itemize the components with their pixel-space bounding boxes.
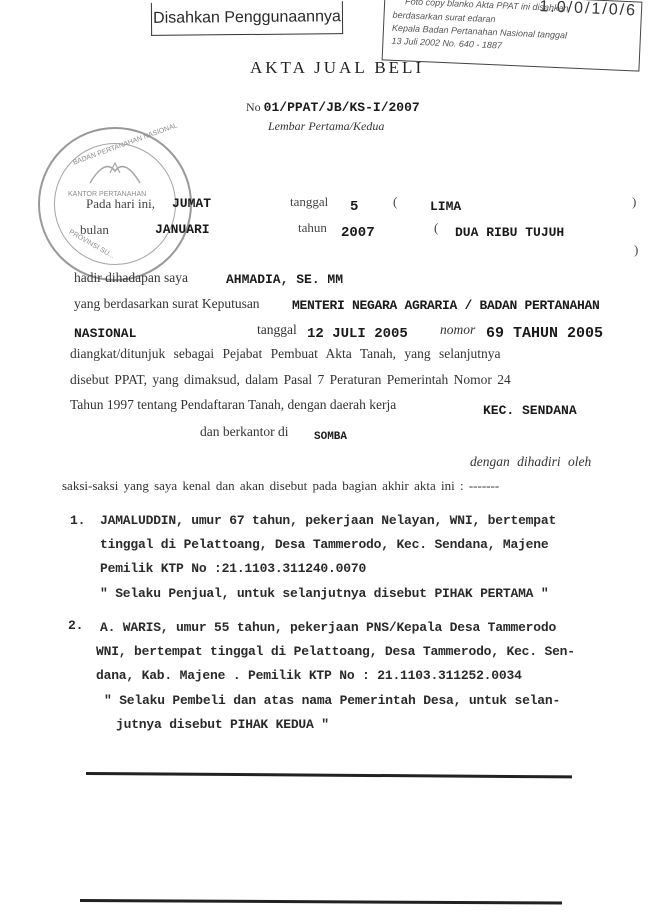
- approval-stamp-label: Disahkan Penggunaannya: [153, 8, 341, 28]
- decree-no-value: 69 TAHUN 2005: [486, 325, 603, 342]
- party-1-line-3: Pemilik KTP No :21.1103.311240.0070: [100, 561, 366, 576]
- official-name: AHMADIA, SE. MM: [226, 272, 343, 287]
- party-2-line-3: dana, Kab. Majene . Pemilik KTP No : 21.…: [96, 668, 522, 683]
- decree-value-2: NASIONAL: [74, 326, 136, 341]
- document-title: AKTA JUAL BELI: [250, 58, 424, 78]
- work-area: KEC. SENDANA: [483, 403, 577, 418]
- year-words: DUA RIBU TUJUH: [455, 225, 564, 240]
- party-1-number: 1.: [70, 513, 85, 528]
- stamp-line-2: berdasarkan surat edaran: [392, 10, 495, 24]
- witness-intro-2: saksi-saksi yang saya kenal dan akan dis…: [62, 478, 499, 494]
- party-2-number: 2.: [68, 618, 83, 633]
- party-2-line-4: " Selaku Pembeli dan atas nama Pemerinta…: [104, 693, 560, 708]
- appointment-line-2: disebut PPAT, yang dimaksud, dalam Pasal…: [70, 372, 511, 388]
- sheet-label: Lembar Pertama/Kedua: [268, 119, 384, 134]
- separator-line-1: [86, 772, 572, 778]
- close-paren-1: ): [632, 194, 636, 210]
- decree-value-1: MENTERI NEGARA AGRARIA / BADAN PERTANAHA…: [292, 298, 600, 313]
- party-1-line-1: JAMALUDDIN, umur 67 tahun, pekerjaan Nel…: [100, 513, 556, 528]
- day-label: Pada hari ini,: [86, 196, 155, 212]
- stamp-line-4: 13 Juli 2002 No. 640 - 1887: [391, 36, 502, 51]
- month-label: bulan: [80, 222, 109, 238]
- decree-date-value: 12 JULI 2005: [307, 326, 408, 342]
- party-2-line-2: WNI, bertempat tinggal di Pelattoang, De…: [96, 644, 575, 659]
- decree-date-label: tanggal: [257, 322, 297, 338]
- party-1-line-4: " Selaku Penjual, untuk selanjutnya dise…: [100, 586, 548, 601]
- open-paren-2: (: [434, 220, 438, 236]
- witness-intro-1: dengan dihadiri oleh: [470, 454, 591, 470]
- date-label: tanggal: [290, 194, 328, 210]
- separator-line-2: [80, 899, 562, 904]
- month-value: JANUARI: [155, 222, 210, 237]
- close-paren-2: ): [634, 242, 638, 258]
- party-2-line-1: A. WARIS, umur 55 tahun, pekerjaan PNS/K…: [100, 620, 556, 635]
- approval-stamp: Disahkan Penggunaannya: [151, 1, 343, 36]
- year-value: 2007: [341, 225, 375, 241]
- document-number-value: 01/PPAT/JB/KS-I/2007: [264, 100, 420, 115]
- appointment-line-1: diangkat/ditunjuk sebagai Pejabat Pembua…: [70, 346, 500, 362]
- appointment-line-3: Tahun 1997 tentang Pendaftaran Tanah, de…: [70, 397, 396, 413]
- garuda-emblem-icon: [85, 153, 145, 189]
- party-2-line-5: jutnya disebut PIHAK KEDUA ": [116, 717, 329, 732]
- day-value: JUMAT: [172, 196, 211, 211]
- present-label: hadir dihadapan saya: [74, 270, 188, 286]
- office-label: dan berkantor di: [200, 424, 288, 440]
- office-value: SOMBA: [314, 431, 347, 443]
- party-1-line-2: tinggal di Pelattoang, Desa Tammerodo, K…: [100, 537, 548, 552]
- document-number: No 01/PPAT/JB/KS-I/2007: [246, 100, 420, 115]
- open-paren-1: (: [393, 194, 397, 210]
- date-value: 5: [350, 199, 358, 215]
- document-number-label: No: [246, 100, 261, 114]
- decree-label: yang berdasarkan surat Keputusan: [74, 296, 260, 312]
- decree-no-label: nomor: [440, 322, 475, 338]
- date-words: LIMA: [430, 199, 461, 214]
- year-label: tahun: [298, 220, 327, 236]
